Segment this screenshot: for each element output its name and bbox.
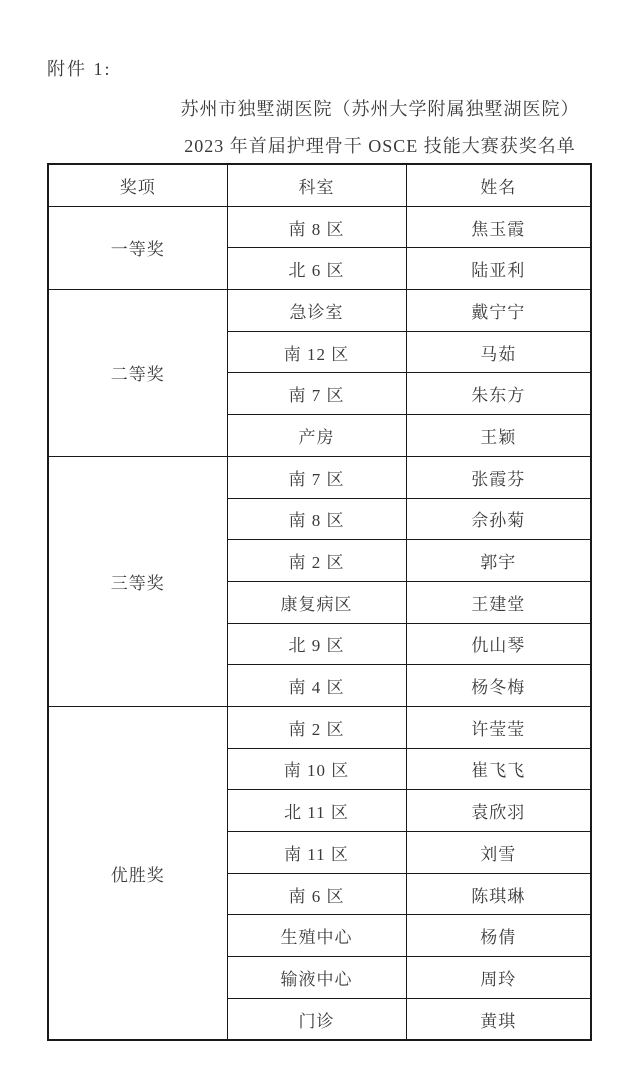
attachment-label: 附件 1: — [47, 55, 112, 81]
name-cell: 杨冬梅 — [406, 665, 591, 707]
department-cell: 南 7 区 — [227, 373, 406, 415]
name-cell: 马茹 — [406, 331, 591, 373]
name-cell: 仇山琴 — [406, 623, 591, 665]
name-cell: 佘孙菊 — [406, 498, 591, 540]
table-row: 一等奖南 8 区焦玉霞 — [48, 206, 591, 248]
name-cell: 王建堂 — [406, 581, 591, 623]
table-row: 二等奖急诊室戴宁宁 — [48, 290, 591, 332]
table-row: 优胜奖南 2 区许莹莹 — [48, 706, 591, 748]
table-header-row: 奖项 科室 姓名 — [48, 164, 591, 206]
name-cell: 刘雪 — [406, 832, 591, 874]
department-cell: 南 12 区 — [227, 331, 406, 373]
column-header-award: 奖项 — [48, 164, 227, 206]
award-table: 奖项 科室 姓名 一等奖南 8 区焦玉霞北 6 区陆亚利二等奖急诊室戴宁宁南 1… — [47, 163, 592, 1041]
department-cell: 北 6 区 — [227, 248, 406, 290]
name-cell: 张霞芬 — [406, 456, 591, 498]
department-cell: 门诊 — [227, 998, 406, 1040]
document-title-hospital: 苏州市独墅湖医院（苏州大学附属独墅湖医院） — [130, 95, 630, 121]
award-cell: 二等奖 — [48, 290, 227, 457]
department-cell: 南 6 区 — [227, 873, 406, 915]
department-cell: 北 11 区 — [227, 790, 406, 832]
department-cell: 生殖中心 — [227, 915, 406, 957]
department-cell: 南 4 区 — [227, 665, 406, 707]
department-cell: 南 2 区 — [227, 540, 406, 582]
name-cell: 许莹莹 — [406, 706, 591, 748]
name-cell: 黄琪 — [406, 998, 591, 1040]
name-cell: 焦玉霞 — [406, 206, 591, 248]
name-cell: 杨倩 — [406, 915, 591, 957]
department-cell: 南 8 区 — [227, 206, 406, 248]
name-cell: 王颖 — [406, 415, 591, 457]
name-cell: 陆亚利 — [406, 248, 591, 290]
document-title-event: 2023 年首届护理骨干 OSCE 技能大赛获奖名单 — [130, 132, 630, 158]
department-cell: 北 9 区 — [227, 623, 406, 665]
name-cell: 朱东方 — [406, 373, 591, 415]
name-cell: 陈琪琳 — [406, 873, 591, 915]
column-header-department: 科室 — [227, 164, 406, 206]
award-cell: 三等奖 — [48, 456, 227, 706]
name-cell: 戴宁宁 — [406, 290, 591, 332]
department-cell: 南 11 区 — [227, 832, 406, 874]
department-cell: 南 8 区 — [227, 498, 406, 540]
name-cell: 袁欣羽 — [406, 790, 591, 832]
department-cell: 康复病区 — [227, 581, 406, 623]
column-header-name: 姓名 — [406, 164, 591, 206]
department-cell: 南 10 区 — [227, 748, 406, 790]
name-cell: 周玲 — [406, 957, 591, 999]
department-cell: 南 2 区 — [227, 706, 406, 748]
award-cell: 优胜奖 — [48, 706, 227, 1040]
name-cell: 崔飞飞 — [406, 748, 591, 790]
table-row: 三等奖南 7 区张霞芬 — [48, 456, 591, 498]
department-cell: 产房 — [227, 415, 406, 457]
award-cell: 一等奖 — [48, 206, 227, 289]
department-cell: 急诊室 — [227, 290, 406, 332]
name-cell: 郭宇 — [406, 540, 591, 582]
department-cell: 输液中心 — [227, 957, 406, 999]
department-cell: 南 7 区 — [227, 456, 406, 498]
document-page: 附件 1: 苏州市独墅湖医院（苏州大学附属独墅湖医院） 2023 年首届护理骨干… — [0, 0, 631, 1066]
